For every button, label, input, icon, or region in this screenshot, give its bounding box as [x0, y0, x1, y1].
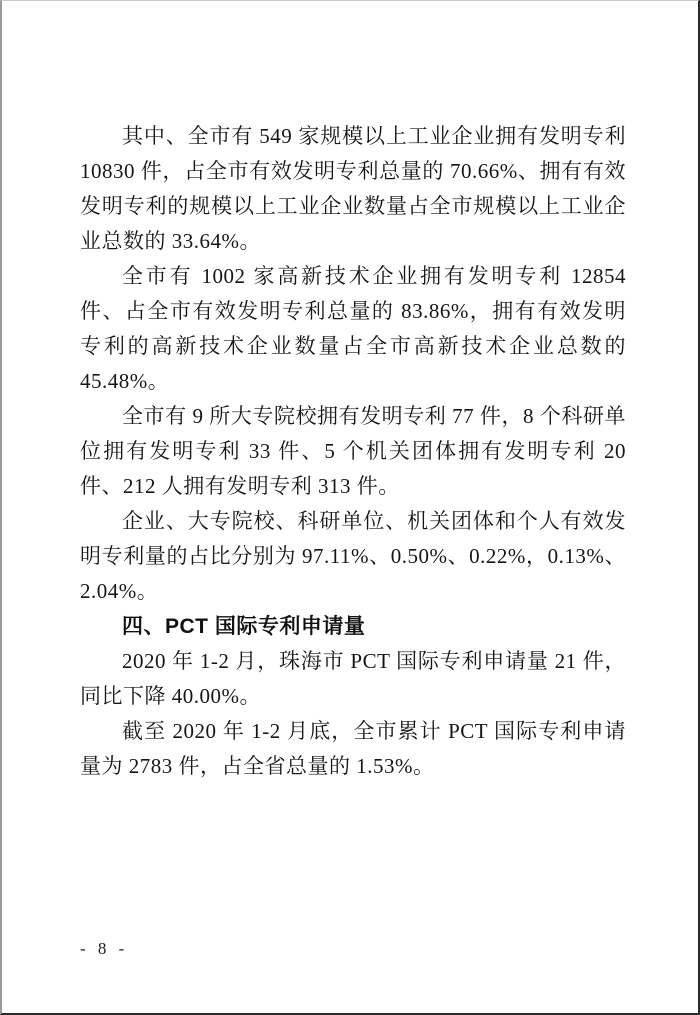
paragraph-industrial-enterprises: 其中、全市有 549 家规模以上工业企业拥有发明专利 10830 件，占全市有效…	[80, 119, 626, 259]
section-heading-pct-applications: 四、PCT 国际专利申请量	[80, 609, 626, 644]
paragraph-ownership-ratios: 企业、大专院校、科研单位、机关团体和个人有效发明专利量的占比分别为 97.11%…	[80, 504, 626, 609]
page-content: 其中、全市有 549 家规模以上工业企业拥有发明专利 10830 件，占全市有效…	[80, 119, 626, 784]
paragraph-hightech-enterprises: 全市有 1002 家高新技术企业拥有发明专利 12854 件、占全市有效发明专利…	[80, 259, 626, 399]
page-number: - 8 -	[80, 939, 128, 959]
paragraph-colleges-institutes: 全市有 9 所大专院校拥有发明专利 77 件，8 个科研单位拥有发明专利 33 …	[80, 399, 626, 504]
document-page: 其中、全市有 549 家规模以上工业企业拥有发明专利 10830 件，占全市有效…	[0, 0, 700, 1015]
paragraph-pct-cumulative: 截至 2020 年 1-2 月底，全市累计 PCT 国际专利申请量为 2783 …	[80, 714, 626, 784]
paragraph-pct-monthly: 2020 年 1-2 月，珠海市 PCT 国际专利申请量 21 件，同比下降 4…	[80, 644, 626, 714]
